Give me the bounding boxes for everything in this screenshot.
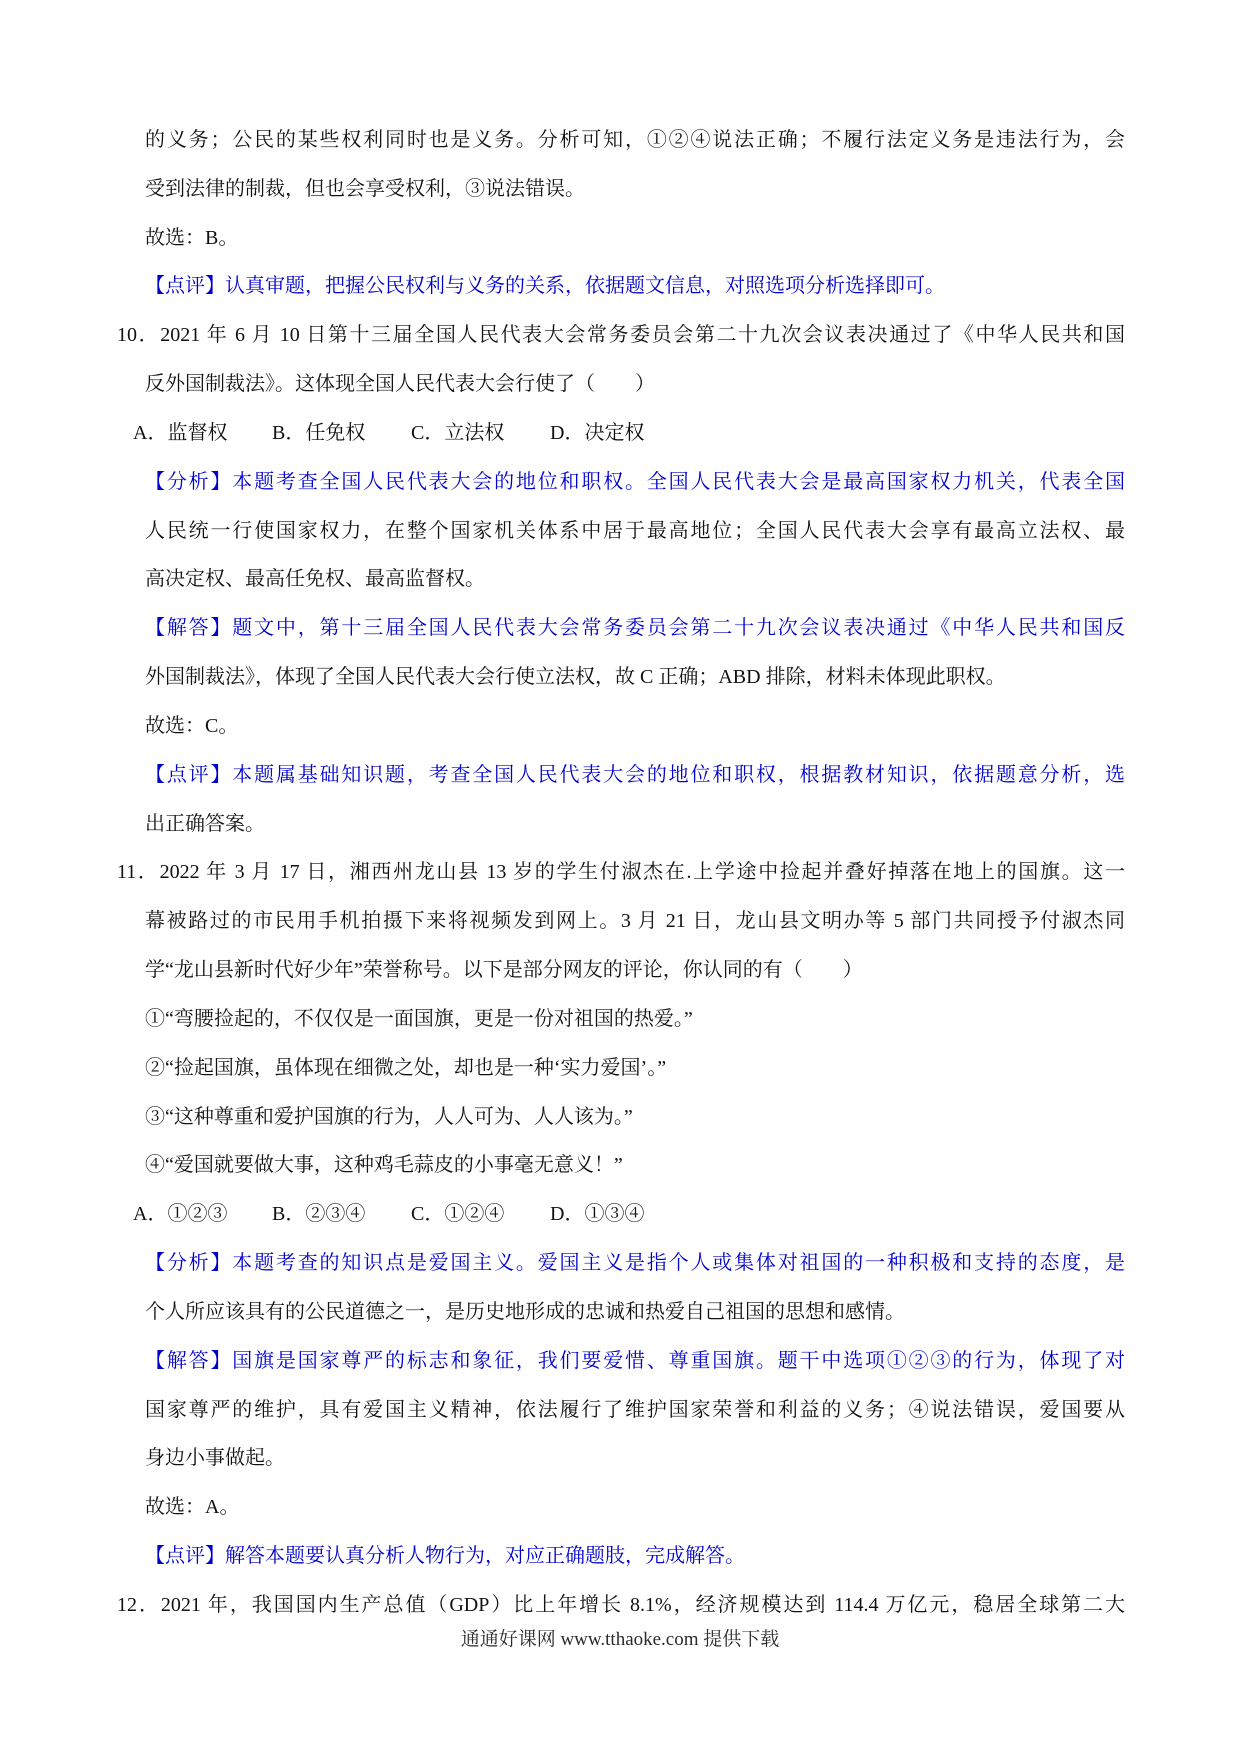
text-line: ②“捡起国旗，虽体现在细微之处，却也是一种‘实力爱国’。” <box>145 1044 1125 1093</box>
text-line: 故选：B。 <box>145 214 1125 263</box>
page-footer: 通通好课网 www.tthaoke.com 提供下载 <box>0 1624 1240 1651</box>
text-line: 受到法律的制裁，但也会享受权利，③说法错误。 <box>145 165 1125 214</box>
marker-label: 【点评】 <box>145 275 225 297</box>
text-line: 故选：A。 <box>145 1483 1125 1532</box>
text-line: 幕被路过的市民用手机拍摄下来将视频发到网上。3 月 21 日，龙山县文明办等 5… <box>145 897 1125 946</box>
option-D: D．①③④ <box>550 1190 644 1239</box>
text-line: 身边小事做起。 <box>145 1434 1125 1483</box>
marker-label: 【解答】 <box>145 617 232 639</box>
answer-marker-line: 【点评】解答本题要认真分析人物行为，对应正确题肢，完成解答。 <box>145 1532 1125 1581</box>
question-line: 11．2022 年 3 月 17 日，湘西州龙山县 13 岁的学生付淑杰在.上学… <box>117 848 1125 897</box>
answer-marker-line: 【点评】认真审题，把握公民权利与义务的关系，依据题文信息，对照选项分析选择即可。 <box>145 262 1125 311</box>
answer-marker-line: 【点评】本题属基础知识题，考查全国人民代表大会的地位和职权，根据教材知识，依据题… <box>145 751 1125 800</box>
text-line: 人民统一行使国家权力，在整个国家机关体系中居于最高地位；全国人民代表大会享有最高… <box>145 507 1125 556</box>
answer-marker-line: 【解答】国旗是国家尊严的标志和象征，我们要爱惜、尊重国旗。题干中选项①②③的行为… <box>145 1337 1125 1386</box>
text-line: 故选：C。 <box>145 702 1125 751</box>
option-D: D．决定权 <box>550 409 644 458</box>
question-number: 12． <box>117 1594 161 1616</box>
option-A: A．①②③ <box>133 1190 272 1239</box>
option-B: B．②③④ <box>272 1190 411 1239</box>
answer-marker-line: 【解答】题文中，第十三届全国人民代表大会常务委员会第二十九次会议表决通过《中华人… <box>145 604 1125 653</box>
text-line: 个人所应该具有的公民道德之一，是历史地形成的忠诚和热爱自己祖国的思想和感情。 <box>145 1288 1125 1337</box>
text-line: ①“弯腰捡起的，不仅仅是一面国旗，更是一份对祖国的热爱。” <box>145 995 1125 1044</box>
text-line: 国家尊严的维护，具有爱国主义精神，依法履行了维护国家荣誉和利益的义务；④说法错误… <box>145 1386 1125 1435</box>
text-line: 的义务；公民的某些权利同时也是义务。分析可知，①②④说法正确；不履行法定义务是违… <box>145 116 1125 165</box>
text-line: 高决定权、最高任免权、最高监督权。 <box>145 555 1125 604</box>
options-row: A．监督权B．任免权C．立法权D．决定权 <box>133 409 1133 458</box>
marker-label: 【分析】 <box>145 471 232 493</box>
marker-label: 【点评】 <box>145 764 232 786</box>
text-line: 反外国制裁法》。这体现全国人民代表大会行使了（ ） <box>145 360 1125 409</box>
option-C: C．①②④ <box>411 1190 550 1239</box>
option-C: C．立法权 <box>411 409 550 458</box>
question-number: 10． <box>117 324 160 346</box>
options-row: A．①②③B．②③④C．①②④D．①③④ <box>133 1190 1133 1239</box>
option-B: B．任免权 <box>272 409 411 458</box>
question-line: 10．2021 年 6 月 10 日第十三届全国人民代表大会常务委员会第二十九次… <box>117 311 1125 360</box>
question-number: 11． <box>117 861 160 883</box>
text-line: ④“爱国就要做大事，这种鸡毛蒜皮的小事毫无意义！” <box>145 1141 1125 1190</box>
answer-marker-line: 【分析】本题考查的知识点是爱国主义。爱国主义是指个人或集体对祖国的一种积极和支持… <box>145 1239 1125 1288</box>
text-line: 学“龙山县新时代好少年”荣誉称号。以下是部分网友的评论，你认同的有（ ） <box>145 946 1125 995</box>
text-line: ③“这种尊重和爱护国旗的行为，人人可为、人人该为。” <box>145 1093 1125 1142</box>
option-A: A．监督权 <box>133 409 272 458</box>
marker-label: 【点评】 <box>145 1545 225 1567</box>
question-line: 12．2021 年，我国国内生产总值（GDP）比上年增长 8.1%，经济规模达到… <box>117 1581 1125 1630</box>
answer-marker-line: 【分析】本题考查全国人民代表大会的地位和职权。全国人民代表大会是最高国家权力机关… <box>145 458 1125 507</box>
text-line: 出正确答案。 <box>145 800 1125 849</box>
marker-label: 【分析】 <box>145 1252 232 1274</box>
document-page: 的义务；公民的某些权利同时也是义务。分析可知，①②④说法正确；不履行法定义务是违… <box>0 0 1240 1754</box>
text-line: 外国制裁法》，体现了全国人民代表大会行使立法权，故 C 正确；ABD 排除，材料… <box>145 653 1125 702</box>
text-body: 的义务；公民的某些权利同时也是义务。分析可知，①②④说法正确；不履行法定义务是违… <box>0 116 1240 1630</box>
marker-label: 【解答】 <box>145 1350 232 1372</box>
